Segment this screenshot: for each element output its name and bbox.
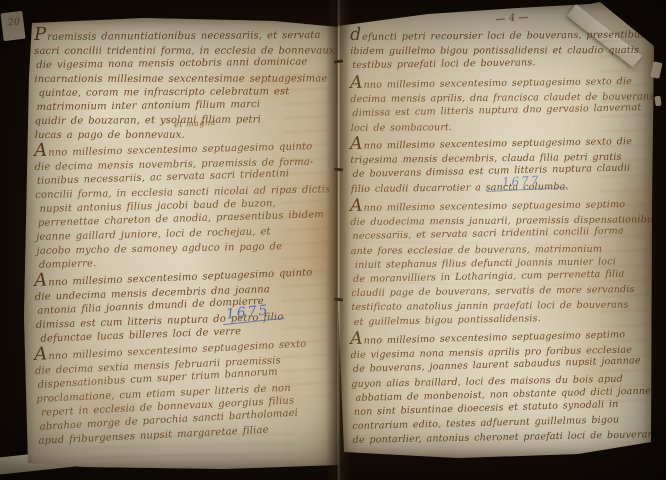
register-entry: Anno millesimo sexcentesimo septuagesimo… [350, 197, 648, 330]
right-page-text: defuncti petri recoursier loci de bouver… [338, 2, 654, 458]
manuscript-line: defuncti petri recoursier loci de bouver… [350, 27, 646, 45]
left-page-text: Praemissis dannuntiationibus necessariis… [24, 17, 338, 471]
register-entry: defuncti petri recoursier loci de bouver… [350, 27, 646, 73]
manuscript-line: die vigesima nona mensis octobris anni d… [36, 55, 330, 73]
manuscript-line: ante fores ecclesiae de bouverans, matri… [351, 242, 647, 259]
torn-edge-fragment [650, 61, 662, 79]
register-entry: Anno millesimo sexcentesimo septuagesimo… [350, 327, 649, 449]
register-entry: Anno millesimo sexcentesimo septuagesimo… [34, 139, 333, 273]
manuscript-line: Praemissis dannuntiationibus necessariis… [34, 28, 330, 45]
register-entry: Anno millesimo sexcentesimo septuagesimo… [350, 73, 647, 135]
manuscript-scan: 20 Praemissis dannuntiationibus necessar… [0, 0, 666, 480]
left-folio-number: 20 [7, 16, 20, 28]
manuscript-line: incarnationis millesimae sexcentesimae s… [34, 72, 330, 87]
right-page: 4 defuncti petri recoursier loci de bouv… [338, 2, 654, 458]
register-entry: Anno millesimo sexcentesimo septuagesimo… [34, 265, 333, 347]
register-entry: Anno millesimo sexcentesimo septuagesimo… [34, 336, 334, 449]
manuscript-line: testibus praefati loci de bouverans. [352, 55, 646, 74]
torn-edge-fragment [654, 96, 661, 107]
manuscript-line: loci de sombacourt. [351, 119, 647, 136]
left-page: Praemissis dannuntiationibus necessariis… [24, 17, 338, 471]
